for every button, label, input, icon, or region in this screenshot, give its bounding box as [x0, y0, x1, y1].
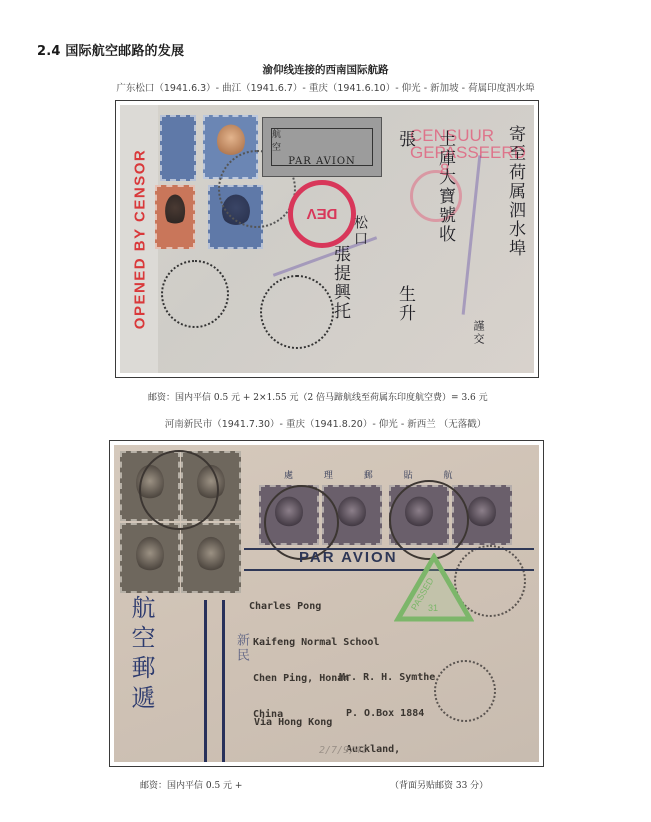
airmail-top-label: 處 理 郵 貼 航	[284, 468, 466, 481]
cover-2-image: 處 理 郵 貼 航 PAR AVION PASSED 31 Charles Po…	[114, 445, 539, 762]
routing-note: Via Hong Kong	[254, 717, 332, 729]
censor-tape: OPENED BY CENSOR	[120, 105, 158, 373]
postmark	[139, 450, 219, 530]
cover-2-frame: 處 理 郵 貼 航 PAR AVION PASSED 31 Charles Po…	[109, 440, 544, 767]
censor-tape-text: OPENED BY CENSOR	[132, 149, 149, 329]
stamp	[160, 115, 196, 181]
cover-2-route: 河南新民市（1941.7.30）- 重庆（1941.8.20）- 仰光 - 新西…	[0, 416, 651, 430]
airmail-label-cn: 航 空	[272, 127, 372, 153]
stamp	[120, 523, 180, 593]
vertical-bar-right	[222, 600, 225, 762]
postmark	[260, 275, 334, 349]
cover-1-image: OPENED BY CENSOR 航 空 PAR AVION DEV CENSU…	[120, 105, 534, 373]
violet-stroke	[462, 155, 482, 314]
postmark	[161, 260, 229, 328]
cover-2-postage-left: 邮资：国内平信 0.5 元 +	[140, 778, 242, 791]
handwritten-blue-note: 新民	[234, 633, 248, 663]
cover-1-route: 广东松口（1941.6.3）- 曲江（1941.6.7）- 重庆（1941.6.…	[0, 80, 651, 94]
stamp-portrait	[165, 195, 185, 228]
handwritten-sender: 生升	[395, 285, 415, 323]
handwritten-address-mid: 土庫大寶號收	[435, 130, 455, 244]
handwritten-sender: 張提興托	[330, 245, 350, 321]
cover-2-postage-right: （背面另贴邮资 33 分）	[390, 778, 488, 791]
handwritten-airmail: 航空郵遞	[128, 595, 154, 715]
stamp	[155, 185, 195, 249]
exhibit-caption-title: 渝仰线连接的西南国际航路	[0, 62, 651, 77]
par-avion-text: PAR AVION	[299, 549, 398, 566]
red-censor-mark: DEV	[288, 180, 356, 248]
passed-censor-mark: PASSED 31	[394, 553, 474, 623]
par-avion-rule-bottom	[244, 569, 534, 571]
section-title: 2.4 国际航空邮路的发展	[37, 40, 184, 59]
postmark	[434, 660, 496, 722]
handwritten-signoff: 謹交	[472, 320, 484, 346]
handwritten-recipient: 張	[395, 130, 415, 149]
svg-text:31: 31	[428, 603, 438, 613]
cover-1-frame: OPENED BY CENSOR 航 空 PAR AVION DEV CENSU…	[115, 100, 539, 378]
airmail-label: 航 空 PAR AVION	[262, 117, 382, 177]
airmail-label-en: PAR AVION	[288, 156, 356, 167]
handwritten-sender: 松口	[350, 215, 370, 247]
pencil-note: 2/7/9/41	[319, 745, 367, 757]
cover-1-postage: 邮资：国内平信 0.5 元 + 2×1.55 元（2 倍马蹄航线至荷属东印度航空…	[148, 390, 488, 403]
handwritten-address-right: 寄至荷属泗水埠	[505, 125, 525, 258]
vertical-bar-left	[204, 600, 207, 762]
stamp	[181, 523, 241, 593]
